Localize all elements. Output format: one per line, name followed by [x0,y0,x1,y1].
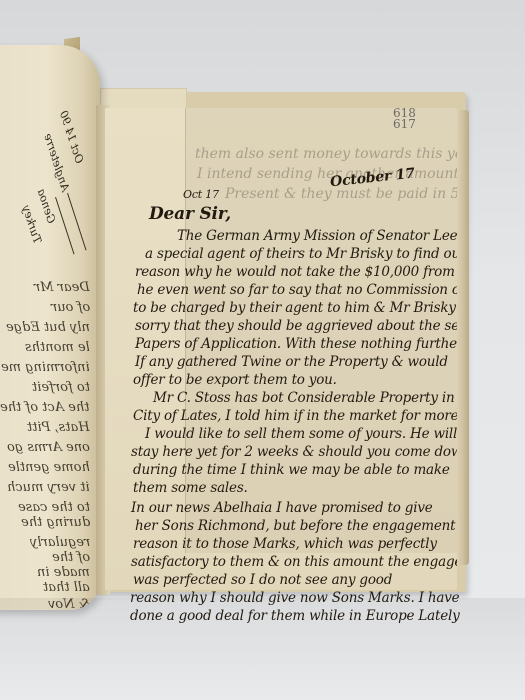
letter-line: sorry that they should be aggrieved abou… [135,318,457,334]
letter-line: If any gathered Twine or the Property & … [135,354,448,370]
mirrored-line: it very much [7,480,90,495]
letter-line: he even went so far to say that no Commi… [137,282,457,298]
letter-line: a special agent of theirs to Mr Brisky t… [145,246,457,262]
bleed-through-line: I intend sending her another amount for [197,166,457,182]
mirrored-line: home gentle [8,460,90,475]
letter-line: Mr C. Stoss has bot Considerable Propert… [153,390,457,406]
letter-line: during the time I think we may be able t… [133,462,450,478]
letter-line: reason it to those Marks, which was perf… [133,536,437,552]
letter-line: City of Lates, I told him if in the mark… [133,408,457,424]
mirrored-line: all that [43,580,90,595]
mirrored-line: regularly [30,535,90,550]
mirrored-line: of the [52,550,90,565]
mirrored-line: made in [37,565,90,580]
mirrored-line: nly but Edge [6,320,90,335]
salutation: Dear Sir, [149,204,231,224]
salutation-prefix: Oct 17 [183,188,219,201]
right-page: 618 617 them also sent money towards thi… [105,108,457,590]
letter-line: her Sons Richmond, but before the engage… [135,518,455,534]
page-stack-edge [455,110,469,565]
letter-line: offer to be export them to you. [133,372,337,388]
mirrored-line: Hats, Pitt [27,420,90,435]
folio-number-stamp: 618 617 [393,108,416,130]
left-page-text: Oct 14 90 Angleterre Genoa Turkey Dear M… [0,45,100,610]
letter-line: them some sales. [133,480,248,496]
mirrored-line: Dear Mr [34,280,90,295]
photo-scene: Oct 14 90 Angleterre Genoa Turkey Dear M… [0,0,525,700]
letter-line: The German Army Mission of Senator Lee s… [177,228,457,244]
bleed-through-line: them also sent money towards this year [195,146,457,162]
table-shadow [0,598,525,700]
letter-line: In our news Abelhaia I have promised to … [131,500,433,516]
letter-line: I would like to sell them some of yours.… [145,426,457,442]
mirrored-line: to the case [18,500,90,515]
letter-line: stay here yet for 2 weeks & should you c… [131,444,457,460]
letter-line: to be charged by their agent to him & Mr… [133,300,457,316]
side-note: Genoa [35,187,58,225]
mirrored-line: during the [21,515,90,530]
mirrored-line: informing me [1,360,90,375]
letter-line: Papers of Application. With these nothin… [135,336,457,352]
letter-line: reason why he would not take the $10,000… [135,264,457,280]
mirrored-line: le months [25,340,90,355]
left-page: Oct 14 90 Angleterre Genoa Turkey Dear M… [0,45,100,610]
letter-line: satisfactory to them & on this amount th… [131,554,457,570]
mirrored-line: of our [51,300,90,315]
folio-number: 617 [393,119,416,130]
letter-line: was perfected so I do not see any good [133,572,392,588]
mirrored-line: to forfeit [32,380,90,395]
mirrored-line: the Act of the [0,400,90,415]
mirrored-line: one Arms go [7,440,90,455]
